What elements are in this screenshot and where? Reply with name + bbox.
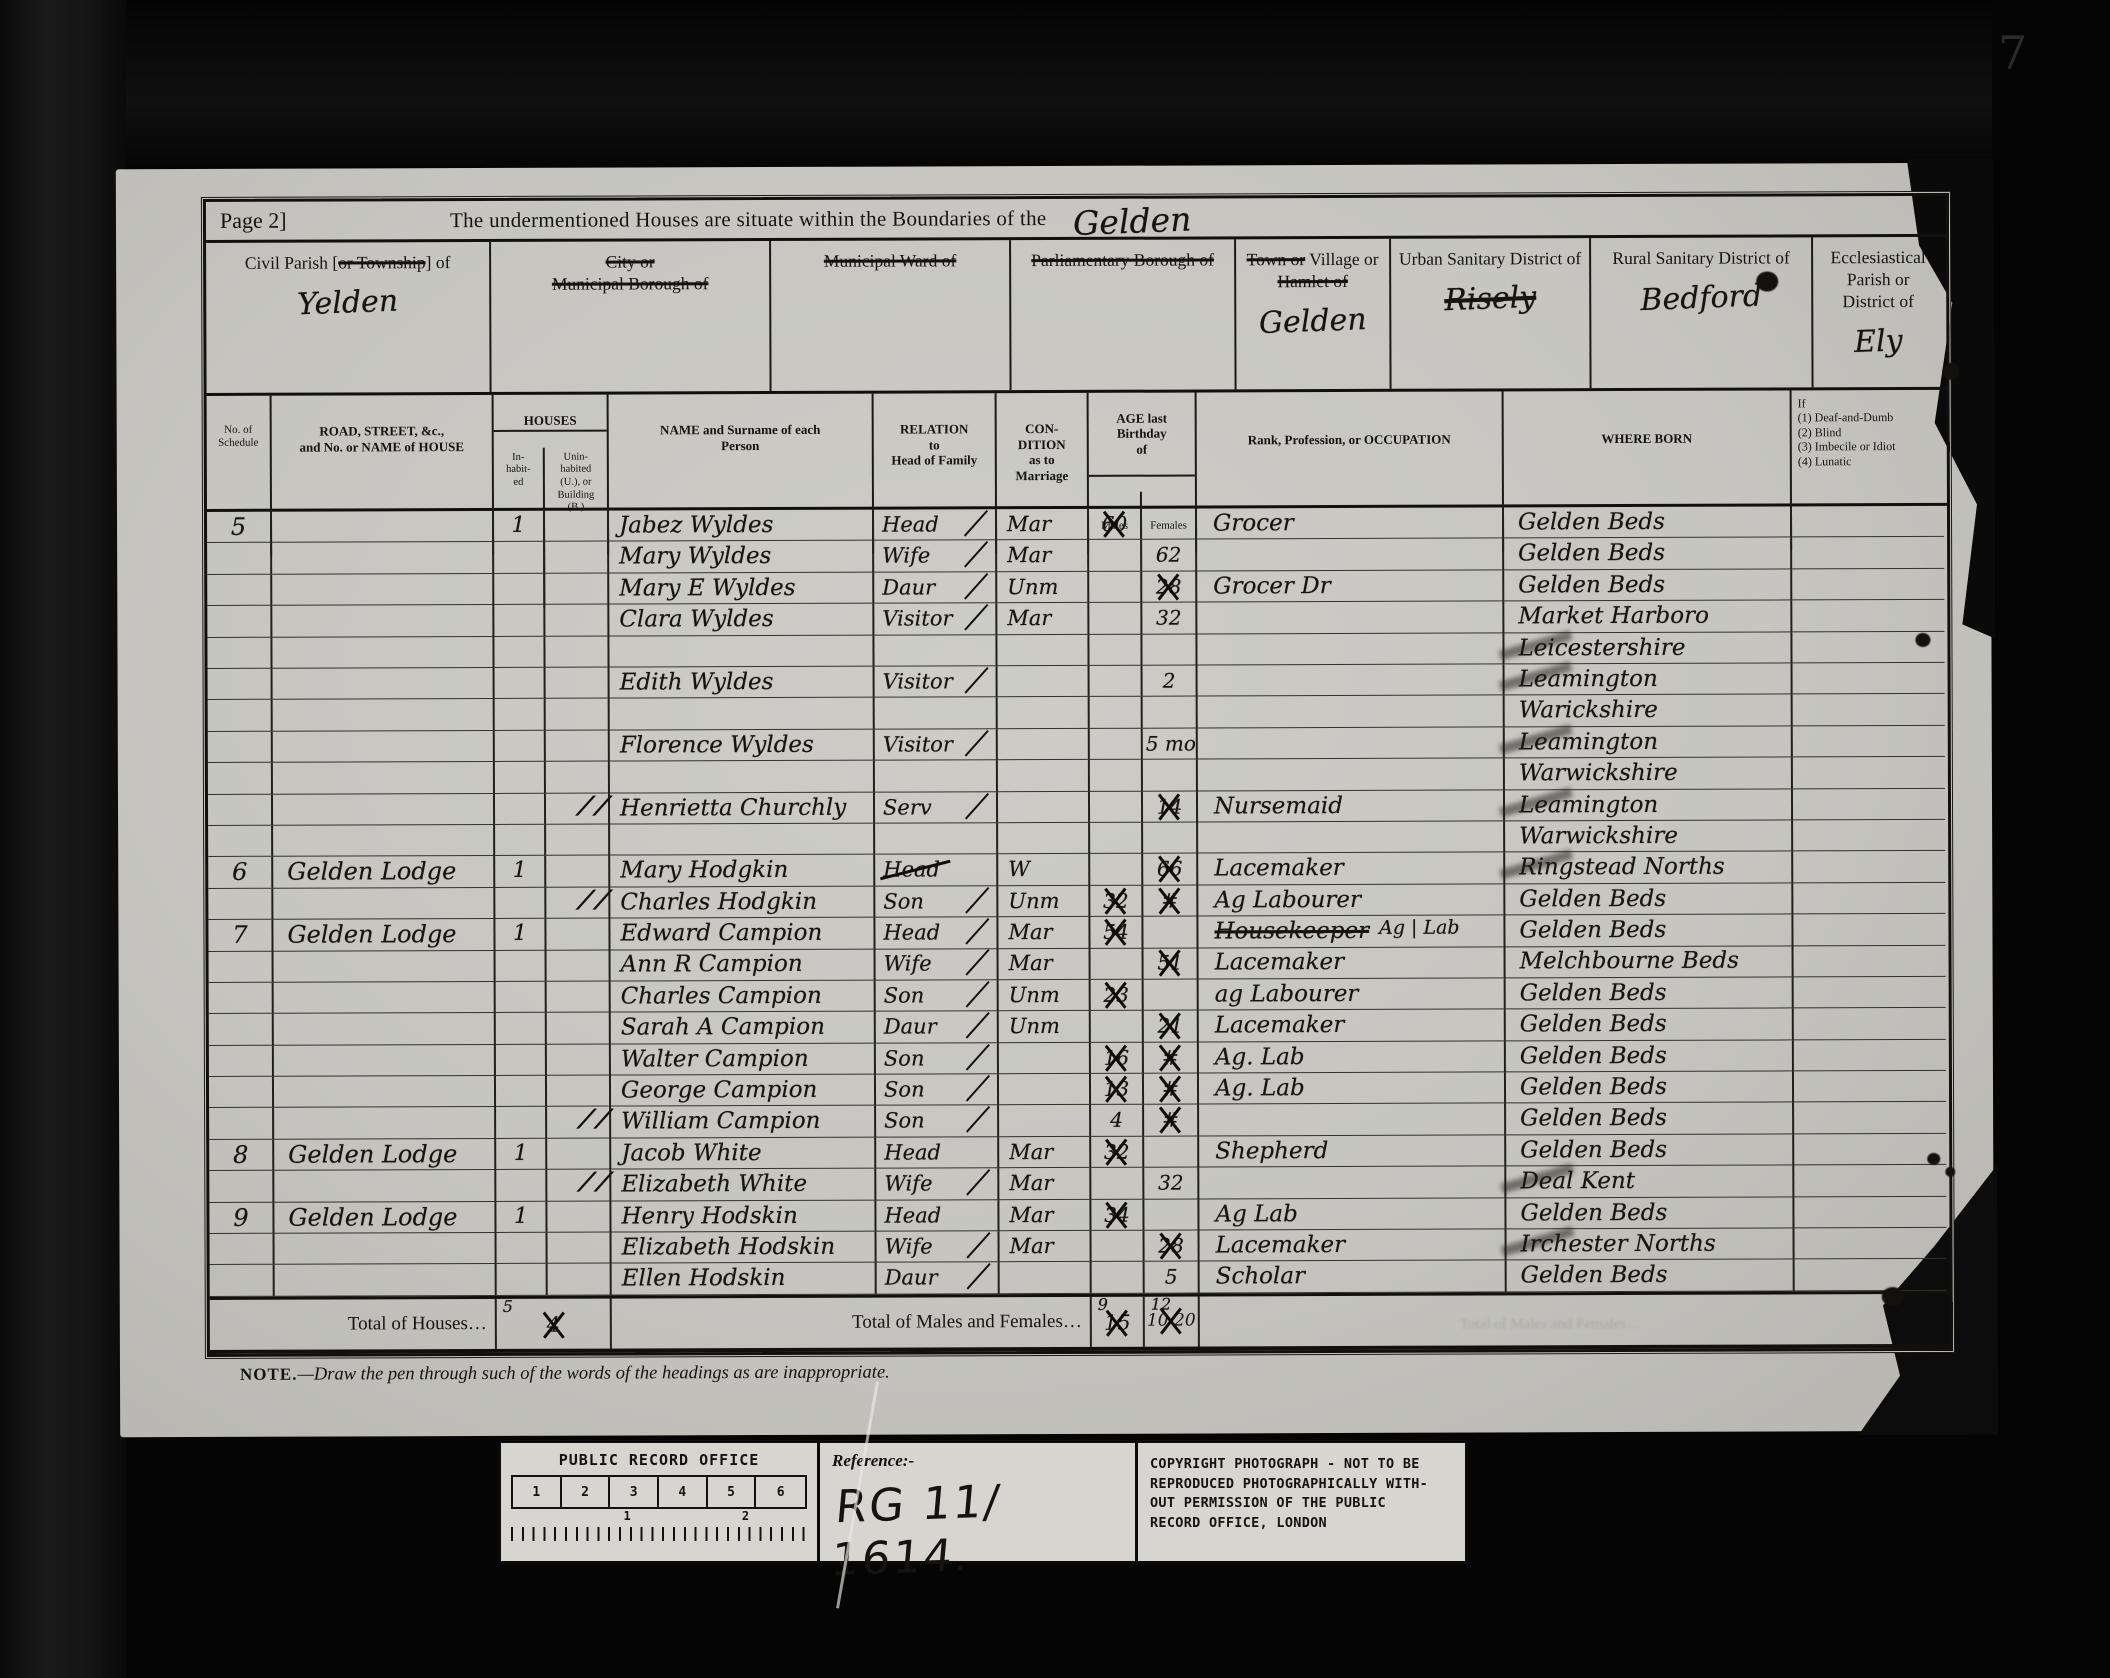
cell-born: Market Harboro [1504,601,1792,633]
cell-condition [1000,1262,1092,1294]
cell-born: Gelden Beds [1505,915,1793,948]
tick-strip [511,1527,807,1541]
cell-condition [998,666,1090,698]
cell-road [274,1107,496,1139]
copyright-text: COPYRIGHT PHOTOGRAPH - NOT TO BE REPRODU… [1138,1443,1465,1533]
total-males-value: 9 15 [1092,1296,1145,1346]
cell-infirmity [1792,600,1944,632]
cell-occupation [1197,633,1504,665]
cell-schedule [207,543,272,575]
cell-schedule [207,606,272,638]
cell-infirmity [1794,1008,1946,1040]
cell-schedule [209,983,274,1015]
cell-inhabited [496,1013,547,1045]
cell-age-male [1091,1168,1144,1200]
check-slash [966,1044,990,1071]
district-field-6: Rural Sanitary District ofBedford [1591,237,1814,388]
cell-occupation [1198,696,1505,728]
cell-schedule [208,763,273,795]
cell-road [272,542,494,574]
label-part: Rural Sanitary District of [1612,247,1789,268]
copyright-box: COPYRIGHT PHOTOGRAPH - NOT TO BE REPRODU… [1138,1440,1468,1564]
cell-condition [997,634,1089,666]
cell-age-female: 2 [1143,665,1198,697]
cell-occupation: Ag. Lab [1199,1072,1506,1104]
cell-age-female: 51 [1144,948,1199,980]
cell-condition [998,729,1090,761]
cell-age-male [1090,854,1143,886]
ink-blot [1915,633,1930,647]
cell-born: Leamington [1505,726,1793,758]
cell-age-male [1090,728,1143,760]
cell-uninhabited [546,668,610,700]
cell-occupation [1197,602,1504,634]
age-value: # [1159,1042,1182,1072]
cell-name: Edith Wyldes [610,667,875,699]
cell-schedule [209,1108,274,1140]
cell-relation: Wife [876,949,999,981]
district-field-label: City orMunicipal Borough of [497,251,763,296]
cell-inhabited [495,887,546,919]
cell-road: Gelden Lodge [273,856,495,888]
cell-relation: Head [875,854,998,886]
cell-condition [998,823,1090,855]
ink-smear [1500,1163,1574,1193]
age-value: 60 [1099,509,1131,539]
district-field-label: Ecclesiastical Parish orDistrict of [1819,247,1937,313]
cell-name [609,635,874,667]
table-row: Ellen HodskinDaur5ScholarGelden Beds [210,1259,1950,1296]
district-field-label: Urban Sanitary District of [1397,248,1583,271]
cell-road [274,982,496,1014]
cell-uninhabited [546,762,610,794]
district-field-2: Municipal Ward of [771,240,1012,391]
cell-born: Gelden Beds [1506,977,1794,1009]
cell-inhabited [495,793,546,825]
cell-born: Leicestershire [1504,632,1792,664]
cell-schedule: 6 [208,857,273,889]
age-value: 51 [1154,948,1186,978]
cell-schedule [208,794,273,826]
district-field-label: Parliamentary Borough of [1017,249,1228,272]
district-field-label: Rural Sanitary District of [1597,247,1805,270]
cell-schedule [208,700,273,732]
film-border-left [0,0,126,1678]
cell-occupation: Lacemaker [1199,947,1506,979]
ruler-ticks: 1 2 [511,1509,807,1545]
cell-road [273,731,495,763]
age-value: 32 [1155,1168,1187,1198]
ruler-label-2: 2 [742,1509,749,1523]
check-slash [966,1169,990,1196]
cell-relation [875,760,998,792]
cell-occupation: Grocer Dr [1197,570,1504,602]
cell-schedule [210,1265,275,1297]
check-slash [964,573,988,600]
cell-schedule [208,826,273,858]
cell-uninhabited [547,1013,611,1045]
pro-ruler-box: PUBLIC RECORD OFFICE 123456 1 2 [498,1440,820,1564]
cell-infirmity [1794,945,1946,977]
ink-smear [1499,630,1573,660]
cell-age-female: # [1144,1074,1199,1106]
age-value: 5 [1162,1262,1181,1292]
cell-occupation: Ag. Lab [1199,1041,1506,1073]
form-title: The undermentioned Houses are situate wi… [450,206,1047,233]
cell-age-male [1090,666,1143,698]
cell-condition: Mar [997,603,1089,635]
label-part-struck: Municipal Ward of [824,250,956,270]
cell-road [273,762,495,794]
relation-strike [880,860,950,880]
total-houses-corrected: 5 [503,1297,513,1316]
age-value: 28 [1155,1231,1187,1261]
cell-occupation: Scholar [1200,1261,1507,1293]
cell-occupation: Lacemaker [1199,1010,1506,1042]
cell-age-male [1089,540,1142,572]
cell-road [275,1264,497,1296]
cell-relation: Visitor [874,603,997,635]
ink-smear [1499,724,1573,754]
age-value: 13 [1101,1074,1133,1104]
age-value: 54 [1100,917,1132,947]
check-slash [965,792,989,819]
film-border-top [0,0,2110,166]
cell-occupation: Shepherd [1199,1135,1506,1167]
cell-schedule [209,1171,274,1203]
cell-condition: Mar [999,1168,1091,1200]
cell-uninhabited [547,1138,611,1170]
film-frame-number: 7 [1998,26,2027,80]
age-value: # [1158,885,1181,915]
cell-relation: Visitor [875,666,998,698]
cell-born: Gelden Beds [1506,1071,1794,1103]
district-field-value-handwritten: Gelden [1242,300,1384,343]
cell-condition [999,1074,1091,1106]
cell-relation: Serv [875,792,998,824]
cell-born: Leamington [1505,789,1793,821]
cell-road [273,699,495,731]
cell-name: Ellen Hodskin [612,1263,877,1295]
district-field-label: Town or Village orHamlet of [1242,249,1383,293]
cell-schedule [209,1077,274,1109]
district-field-0: Civil Parish [or Township] ofYelden [206,242,492,393]
cell-relation: Daur [877,1263,1000,1295]
cell-condition [998,791,1090,823]
cell-occupation: ag Labourer [1199,978,1506,1010]
cell-age-female [1142,634,1197,666]
cell-inhabited: 1 [496,1139,547,1171]
cell-uninhabited [546,919,610,951]
cell-relation: Head [875,917,998,949]
census-page: Page 2] The undermentioned Houses are si… [116,163,1994,1438]
cell-age-female [1143,760,1198,792]
cell-condition [999,1105,1091,1137]
cell-born: Irchester Norths [1507,1228,1795,1260]
district-field-value-handwritten: Ely [1819,320,1938,362]
age-value: 5 mo [1143,728,1199,758]
cell-name: Ann R Campion [611,949,876,981]
cell-age-male: 32 [1090,885,1143,917]
cell-schedule: 9 [209,1202,274,1234]
cell-relation: Visitor [875,729,998,761]
cell-name: Mary E Wyldes [609,572,874,604]
check-slash [965,918,989,945]
ink-blot [1945,1167,1955,1177]
cell-born: Gelden Beds [1505,883,1793,915]
cell-infirmity [1792,506,1944,538]
cell-inhabited [495,668,546,700]
cell-road [274,1045,496,1077]
cell-age-female [1143,822,1198,854]
cell-uninhabited [547,950,611,982]
cell-name: Henry Hodskin [611,1200,876,1232]
district-field-label: Civil Parish [or Township] of [212,252,483,275]
cell-road [272,574,494,606]
cell-age-male [1090,697,1143,729]
cell-condition: Mar [999,948,1091,980]
cell-inhabited [497,1264,548,1296]
col-age: AGE last Birthday of [1089,408,1195,476]
cell-name: Charles Hodgkin [610,886,875,918]
cell-relation: Son [876,980,999,1012]
cell-schedule: 8 [209,1140,274,1172]
cell-age-female [1143,917,1198,949]
cell-inhabited [496,950,547,982]
cell-infirmity [1793,757,1945,789]
cell-uninhabited [545,511,609,543]
ink-smear [1501,1226,1575,1256]
cell-age-male [1089,571,1142,603]
cell-name: Mary Hodgkin [610,855,875,887]
cell-born: Gelden Beds [1506,1009,1794,1041]
cell-uninhabited [548,1264,612,1296]
cell-relation: Son [876,1043,999,1075]
cell-road: Gelden Lodge [274,1202,496,1234]
cell-age-female [1144,1199,1199,1231]
cell-relation [874,635,997,667]
cell-age-female: 62 [1142,540,1197,572]
cell-age-female: 5 [1145,1262,1200,1294]
cell-age-female: # [1144,1042,1199,1074]
check-slash [965,887,989,914]
cell-uninhabited [545,542,609,574]
cell-age-female: # [1143,885,1198,917]
cell-relation [875,823,998,855]
ruler-number: 3 [610,1477,659,1507]
cell-name [610,824,875,856]
cell-uninhabited [545,636,609,668]
label-part-struck: Town or [1247,249,1306,269]
check-slash [966,1075,990,1102]
cell-age-male: 32 [1091,1137,1144,1169]
cell-schedule: 7 [208,920,273,952]
age-value: 14 [1154,791,1186,821]
cell-born: Gelden Beds [1506,1040,1794,1072]
cell-age-male [1089,603,1142,635]
cell-name: Jacob White [611,1137,876,1169]
age-value: # [1159,1105,1182,1135]
district-field-label: Municipal Ward of [777,250,1003,273]
cell-relation: Daur [874,572,997,604]
cell-road [273,825,495,857]
census-photograph: 7 Page 2] The undermentioned Houses are … [0,0,2110,1678]
cell-age-male [1092,1262,1145,1294]
cell-occupation [1198,759,1505,791]
cell-age-male: 60 [1089,509,1142,541]
bleed-through-text: Total of Males and Females… [1460,1316,1641,1334]
cell-occupation [1199,1104,1506,1136]
cell-uninhabited [548,1233,612,1265]
ruler-number: 1 [513,1477,562,1507]
cell-relation: Wife [876,1168,999,1200]
cell-infirmity [1794,1102,1946,1134]
label-part-struck: Parliamentary Borough of [1031,249,1214,270]
reference-box: Reference:- RG 11/ 1614. [820,1440,1138,1564]
label-part: Urban Sanitary District of [1399,248,1581,269]
cell-age-female: 28 [1145,1230,1200,1262]
cell-name: Jabez Wyldes [609,510,874,542]
total-males-struck: 15 [1104,1311,1131,1335]
footnote-text: —Draw the pen through such of the words … [297,1363,889,1385]
cell-age-male [1091,1011,1144,1043]
label-part-struck: Municipal Borough of [552,273,709,294]
check-slash [964,667,988,694]
cell-age-male: 23 [1091,980,1144,1012]
totals-row: Total of Houses… 5 4 Total of Males and … [210,1291,1950,1354]
cell-road [272,511,494,543]
cell-uninhabited [546,699,610,731]
cell-road [274,950,496,982]
column-header-row: No. of Schedule ROAD, STREET, &c., and N… [207,390,1947,512]
cell-infirmity [1794,1040,1946,1072]
ink-blot [1927,1153,1940,1165]
age-value: # [1159,1074,1182,1104]
check-slash [966,1012,990,1039]
cell-age-female: 21 [1144,1011,1199,1043]
cell-name: George Campion [611,1075,876,1107]
cell-uninhabited [547,981,611,1013]
cell-occupation [1197,539,1504,571]
cell-age-male [1089,634,1142,666]
cell-inhabited [494,605,545,637]
age-value: 62 [1153,540,1185,570]
footnote: NOTE.—Draw the pen through such of the w… [240,1363,890,1386]
cell-schedule [207,575,272,607]
cell-age-female: 5 mo [1143,728,1198,760]
film-border-right [1992,0,2110,1678]
cell-condition: Mar [999,1137,1091,1169]
cell-uninhabited [547,1076,611,1108]
cell-road [274,1076,496,1108]
boundary-name-handwritten: Gelden [1072,199,1192,243]
cell-infirmity [1793,726,1945,758]
cell-condition: Mar [999,1199,1091,1231]
cell-road [273,668,495,700]
cell-name: Walter Campion [611,1043,876,1075]
total-houses-value: 5 4 [497,1298,612,1348]
cell-infirmity [1793,914,1945,947]
cell-infirmity [1794,1165,1946,1197]
cell-relation: Wife [874,541,997,573]
cell-uninhabited [547,1044,611,1076]
label-part: Village or [1305,249,1379,269]
cell-name: Henrietta Churchly [610,792,875,824]
cell-relation: Daur [876,1011,999,1043]
cell-age-female: 66 [1143,854,1198,886]
cell-road [272,637,494,669]
age-value: 28 [1153,571,1185,601]
cell-name: Elizabeth White [611,1169,876,1201]
district-field-7: Ecclesiastical Parish orDistrict ofEly [1813,237,1944,387]
pro-title: PUBLIC RECORD OFFICE [501,1451,817,1469]
cell-uninhabited [546,856,610,888]
cell-infirmity [1793,820,1945,852]
cell-occupation: Nursemaid [1198,790,1505,822]
ruler-number: 2 [562,1477,611,1507]
district-field-1: City orMunicipal Borough of [491,241,772,392]
cell-inhabited [495,825,546,857]
cell-inhabited: 1 [494,511,545,543]
reference-value-handwritten: RG 11/ 1614. [829,1470,1140,1586]
age-value: 66 [1154,854,1186,884]
cell-born: Gelden Beds [1504,538,1792,570]
label-part: Ecclesiastical Parish or [1830,247,1925,289]
cell-born: Gelden Beds [1504,506,1792,538]
cell-infirmity [1792,569,1944,601]
cell-condition: Unm [999,1011,1091,1043]
label-part: Civil Parish [ [245,252,338,272]
cell-road [275,1233,497,1265]
occupation-struck: Housekeeper [1214,918,1369,945]
check-slash [964,541,988,568]
cell-condition: Mar [997,509,1089,541]
cell-age-female: 14 [1143,791,1198,823]
cell-infirmity [1794,1134,1946,1166]
col-houses: HOUSES [494,410,607,432]
cell-relation: Son [876,1074,999,1106]
cell-uninhabited [545,605,609,637]
age-value: 23 [1100,980,1132,1010]
cell-inhabited [496,1107,547,1139]
ruler-number: 5 [708,1477,757,1507]
cell-schedule [208,731,273,763]
cell-uninhabited [546,730,610,762]
cell-name: Florence Wyldes [610,729,875,761]
cell-age-female: 32 [1142,603,1197,635]
cell-road: Gelden Lodge [273,919,495,952]
cell-age-female [1144,1136,1199,1168]
cell-infirmity [1793,694,1945,726]
cell-born: Gelden Beds [1507,1260,1795,1292]
cell-inhabited: 1 [495,856,546,888]
cell-infirmity [1792,537,1944,569]
cell-name [610,698,875,730]
cell-infirmity [1793,883,1945,915]
cell-inhabited: 1 [496,1201,547,1233]
cell-born: Warwickshire [1505,820,1793,852]
cell-uninhabited [546,824,610,856]
cell-occupation: Ag Lab [1199,1198,1506,1230]
cell-relation: Head [876,1200,999,1232]
cell-occupation: Lacemaker [1198,853,1505,885]
cell-road [274,1013,496,1045]
district-field-3: Parliamentary Borough of [1011,239,1237,390]
ink-smear [1499,661,1573,691]
label-part: District of [1842,291,1914,311]
cell-occupation [1198,821,1505,853]
cell-name: Elizabeth Hodskin [612,1232,877,1264]
